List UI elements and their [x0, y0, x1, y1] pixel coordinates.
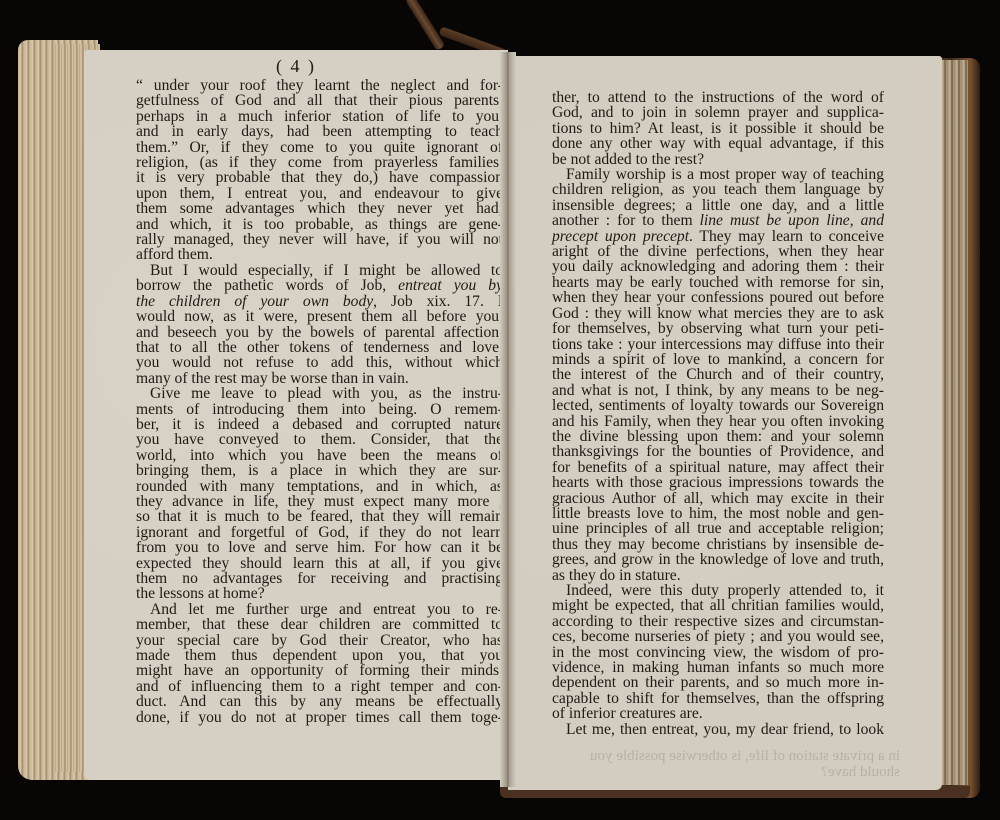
text-line: the children of your own body, Job xix. …	[136, 294, 503, 309]
text-line: them.” Or, if they come to you quite ign…	[136, 140, 503, 155]
text-line: them no advantages for receiving and pra…	[136, 571, 503, 586]
text-line: thus they may become christians by insen…	[552, 537, 884, 552]
text-line: and of influencing them to a right tempe…	[136, 679, 503, 694]
text-line: and beseech you by the bowels of parenta…	[136, 325, 503, 340]
text-line: hearts with those gracious impressions t…	[552, 475, 884, 490]
text-line: little breasts love to him, the most nob…	[552, 506, 884, 521]
text-line: you would not refuse to add this, withou…	[136, 355, 503, 370]
page-number: ( 4 )	[84, 56, 508, 77]
text-line: for themselves, by observing what turn y…	[552, 321, 884, 336]
text-line: duct. And can this by any means be effec…	[136, 694, 503, 709]
text-line: rally managed, they never will have, if …	[136, 232, 503, 247]
text-line: Give me leave to plead with you, as the …	[136, 386, 503, 401]
text-line: tions take : your intercessions may diff…	[552, 337, 884, 352]
left-page-text: “ under your roof they learnt the neglec…	[136, 78, 503, 725]
text-line: afford them.	[136, 247, 503, 262]
bleed-through-line: in a private station of life, is otherwi…	[580, 748, 900, 764]
text-line: precept upon precept. They may learn to …	[552, 229, 884, 244]
text-line: you daily acknowledging and adoring them…	[552, 259, 884, 274]
text-line: gracious Author of all, which may excite…	[552, 491, 884, 506]
text-line: dependent on their parents, and so much …	[552, 675, 884, 690]
text-line: hearts may be early touched with remorse…	[552, 275, 884, 290]
text-line: capable to shift for themselves, than th…	[552, 691, 884, 706]
text-line: ces, become nurseries of piety ; and you…	[552, 629, 884, 644]
text-line: God : they will know what mercies they a…	[552, 306, 884, 321]
text-line: and which, it is too probable, as things…	[136, 217, 503, 232]
bleed-through-line: should have?	[580, 764, 900, 780]
text-line: children religion, as you teach them lan…	[552, 182, 884, 197]
bleed-through-text: in a private station of life, is otherwi…	[580, 748, 900, 780]
text-line: God, and to join in solemn prayer and su…	[552, 105, 884, 120]
text-line: upon them, I entreat you, and endeavour …	[136, 186, 503, 201]
text-line: for benefits of a spiritual nature, may …	[552, 460, 884, 475]
text-line: might have an opportunity of forming the…	[136, 663, 503, 678]
text-line: from you to love and serve him. For how …	[136, 540, 503, 555]
text-line: might be expected, that all chritian fam…	[552, 598, 884, 613]
text-line: many of the rest may be worse than in va…	[136, 371, 503, 386]
text-line: they advance in life, they must expect m…	[136, 494, 503, 509]
text-line: aright of the divine perfections, when t…	[552, 244, 884, 259]
text-line: tions to him? At least, is it possible i…	[552, 121, 884, 136]
text-line: bringing them, is a place in which they …	[136, 463, 503, 478]
text-line: religion, (as if they come from prayerle…	[136, 155, 503, 170]
bookmark-ribbon[interactable]	[405, 0, 445, 51]
text-line: them some advantages which they never ye…	[136, 201, 503, 216]
text-line: perhaps in a much inferior station of li…	[136, 109, 503, 124]
text-line: Indeed, were this duty properly attended…	[552, 583, 884, 598]
text-line: minds a spirit of love to mankind, a con…	[552, 352, 884, 367]
text-line: vidence, in making human infants so much…	[552, 660, 884, 675]
text-line: when they hear your confessions poured o…	[552, 290, 884, 305]
text-line: insensible degrees; a little one day, an…	[552, 198, 884, 213]
text-line: rounded with many temptations, and in wh…	[136, 479, 503, 494]
text-line: of inferior creatures are.	[552, 706, 884, 721]
text-line: would now, as it were, present them all …	[136, 309, 503, 324]
text-line: Let me, then entreat, you, my dear frien…	[552, 722, 884, 737]
text-line: thanksgivings for the bounties of Provid…	[552, 444, 884, 459]
text-line: in the most convincing view, the wisdom …	[552, 645, 884, 660]
right-page-text: ther, to attend to the instructions of t…	[552, 90, 884, 737]
text-line: Family worship is a most proper way of t…	[552, 167, 884, 182]
text-line: ber, it is indeed a debased and corrupte…	[136, 417, 503, 432]
book-gutter	[500, 52, 516, 787]
text-line: done, if you do not at proper times call…	[136, 710, 503, 725]
text-line: and what is not, I think, by any means t…	[552, 383, 884, 398]
right-page: ther, to attend to the instructions of t…	[508, 56, 942, 790]
text-line: the interest of the Church and of their …	[552, 367, 884, 382]
text-line: expected they should learn this at all, …	[136, 556, 503, 571]
text-line: “ under your roof they learnt the neglec…	[136, 78, 503, 93]
text-line: ther, to attend to the instructions of t…	[552, 90, 884, 105]
left-page: ( 4 ) “ under your roof they learnt the …	[84, 50, 508, 780]
text-line: your special care by God their Creator, …	[136, 633, 503, 648]
text-line: according to their respective sizes and …	[552, 614, 884, 629]
text-line: made them thus dependent upon you, that …	[136, 648, 503, 663]
text-line: it is very probable that they do,) have …	[136, 170, 503, 185]
text-line: borrow the pathetic words of Job, entrea…	[136, 278, 503, 293]
page-edges-right	[940, 60, 968, 785]
text-line: ments of introducing them into being. O …	[136, 402, 503, 417]
text-line: lected, sentiments of loyalty towards ou…	[552, 398, 884, 413]
text-line: the lessons at home?	[136, 586, 503, 601]
text-line: ignorant and forgetful of God, if they d…	[136, 525, 503, 540]
text-line: and his Family, when they hear you often…	[552, 414, 884, 429]
text-line: And let me further urge and entreat you …	[136, 602, 503, 617]
text-line: and in early days, had been attempting t…	[136, 124, 503, 139]
text-line: the divine blessing upon them: and your …	[552, 429, 884, 444]
text-line: that to all the other tokens of tenderne…	[136, 340, 503, 355]
text-line: so that it is much to be feared, that th…	[136, 509, 503, 524]
text-line: be not added to the rest?	[552, 152, 884, 167]
text-line: another : for to them line must be upon …	[552, 213, 884, 228]
text-line: done any other way with equal advantage,…	[552, 136, 884, 151]
text-line: you have conveyed to them. Consider, tha…	[136, 432, 503, 447]
text-line: grees, and grow in the knowledge of love…	[552, 552, 884, 567]
text-line: world, into which you have been the mean…	[136, 448, 503, 463]
text-line: getfulness of God and all that their pio…	[136, 93, 503, 108]
text-line: uine principles of all true and acceptab…	[552, 521, 884, 536]
text-line: as they do in stature.	[552, 568, 884, 583]
text-line: member, that these dear children are com…	[136, 617, 503, 632]
text-line: But I would especially, if I might be al…	[136, 263, 503, 278]
